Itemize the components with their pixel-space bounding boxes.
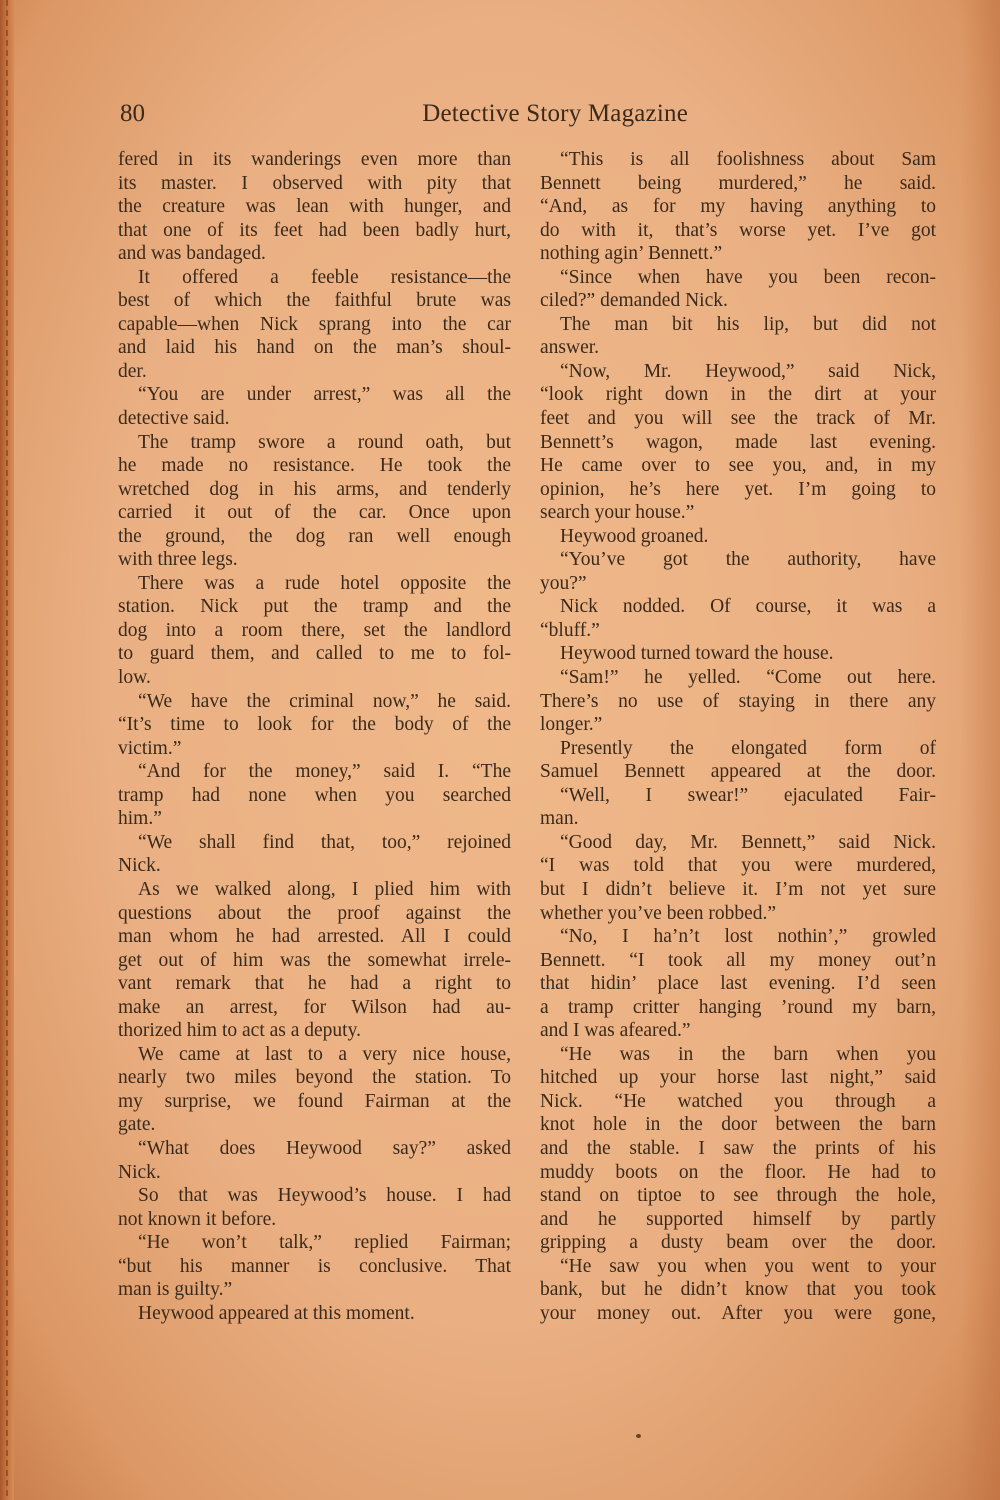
text-column-left: fered in its wanderings even more thanit…: [118, 148, 511, 1325]
page-spine-edge: [0, 0, 14, 1500]
text-line: and laid his hand on the man’s shoul-: [118, 336, 511, 360]
text-line: with three legs.: [118, 548, 511, 572]
text-line: tramp had none when you searched: [118, 784, 511, 808]
text-line: victim.”: [118, 737, 511, 761]
text-line: Nick.: [118, 1161, 511, 1185]
text-line: thorized him to act as a deputy.: [118, 1019, 511, 1043]
text-line: “Good day, Mr. Bennett,” said Nick.: [540, 831, 936, 855]
text-line: that hidin’ place last evening. I’d seen: [540, 972, 936, 996]
text-line: Bennett’s wagon, made last evening.: [540, 431, 936, 455]
text-line: wretched dog in his arms, and tenderly: [118, 478, 511, 502]
text-line: carried it out of the car. Once upon: [118, 501, 511, 525]
text-line: So that was Heywood’s house. I had: [118, 1184, 511, 1208]
text-line: “He won’t talk,” replied Fairman;: [118, 1231, 511, 1255]
text-line: Bennett. “I took all my money out’n: [540, 949, 936, 973]
text-line: get out of him was the somewhat irrele-: [118, 949, 511, 973]
text-line: bank, but he didn’t know that you took: [540, 1278, 936, 1302]
text-line: As we walked along, I plied him with: [118, 878, 511, 902]
text-line: him.”: [118, 807, 511, 831]
text-line: There’s no use of staying in there any: [540, 690, 936, 714]
text-line: not known it before.: [118, 1208, 511, 1232]
text-line: muddy boots on the floor. He had to: [540, 1161, 936, 1185]
text-line: “He was in the barn when you: [540, 1043, 936, 1067]
text-line: “What does Heywood say?” asked: [118, 1137, 511, 1161]
text-line: and was bandaged.: [118, 242, 511, 266]
text-line: “You’ve got the authority, have: [540, 548, 936, 572]
page-header: 80 Detective Story Magazine: [120, 100, 688, 134]
text-line: “He saw you when you went to your: [540, 1255, 936, 1279]
text-line: you?”: [540, 572, 936, 596]
text-line: “We have the criminal now,” he said.: [118, 690, 511, 714]
text-line: and I was afeared.”: [540, 1019, 936, 1043]
text-line: dog into a room there, set the landlord: [118, 619, 511, 643]
text-line: Nick.: [118, 854, 511, 878]
text-line: “Well, I swear!” ejaculated Fair-: [540, 784, 936, 808]
text-line: “No, I ha’n’t lost nothin’,” growled: [540, 925, 936, 949]
text-line: “This is all foolishness about Sam: [540, 148, 936, 172]
text-line: “Since when have you been recon-: [540, 266, 936, 290]
text-line: der.: [118, 360, 511, 384]
text-line: its master. I observed with pity that: [118, 172, 511, 196]
text-line: best of which the faithful brute was: [118, 289, 511, 313]
text-line: Bennett being murdered,” he said.: [540, 172, 936, 196]
text-line: Heywood appeared at this moment.: [118, 1302, 511, 1326]
text-line: vant remark that he had a right to: [118, 972, 511, 996]
text-line: and he supported himself by partly: [540, 1208, 936, 1232]
text-line: There was a rude hotel opposite the: [118, 572, 511, 596]
text-line: “And for the money,” said I. “The: [118, 760, 511, 784]
text-line: nearly two miles beyond the station. To: [118, 1066, 511, 1090]
text-line: “look right down in the dirt at your: [540, 383, 936, 407]
text-line: longer.”: [540, 713, 936, 737]
text-line: my surprise, we found Fairman at the: [118, 1090, 511, 1114]
text-line: do with it, that’s worse yet. I’ve got: [540, 219, 936, 243]
text-line: It offered a feeble resistance—the: [118, 266, 511, 290]
text-line: The tramp swore a round oath, but: [118, 431, 511, 455]
text-line: detective said.: [118, 407, 511, 431]
text-line: your money out. After you were gone,: [540, 1302, 936, 1326]
text-line: Samuel Bennett appeared at the door.: [540, 760, 936, 784]
text-line: Nick nodded. Of course, it was a: [540, 595, 936, 619]
text-line: The man bit his lip, but did not: [540, 313, 936, 337]
text-line: that one of its feet had been badly hurt…: [118, 219, 511, 243]
text-line: but I didn’t believe it. I’m not yet sur…: [540, 878, 936, 902]
text-column-right: “This is all foolishness about SamBennet…: [540, 148, 936, 1325]
text-line: feet and you will see the track of Mr.: [540, 407, 936, 431]
text-line: “Now, Mr. Heywood,” said Nick,: [540, 360, 936, 384]
text-line: gripping a dusty beam over the door.: [540, 1231, 936, 1255]
text-line: Presently the elongated form of: [540, 737, 936, 761]
text-line: the ground, the dog ran well enough: [118, 525, 511, 549]
text-line: a tramp critter hanging ’round my barn,: [540, 996, 936, 1020]
text-line: “And, as for my having anything to: [540, 195, 936, 219]
text-line: gate.: [118, 1113, 511, 1137]
text-line: “We shall find that, too,” rejoined: [118, 831, 511, 855]
page-edge-shadow: [960, 0, 1000, 1500]
text-line: capable—when Nick sprang into the car: [118, 313, 511, 337]
text-line: answer.: [540, 336, 936, 360]
text-line: stand on tiptoe to see through the hole,: [540, 1184, 936, 1208]
page-number: 80: [120, 100, 145, 128]
text-line: knot hole in the door between the barn: [540, 1113, 936, 1137]
text-line: Heywood turned toward the house.: [540, 642, 936, 666]
text-line: he made no resistance. He took the: [118, 454, 511, 478]
text-line: whether you’ve been robbed.”: [540, 902, 936, 926]
text-line: He came over to see you, and, in my: [540, 454, 936, 478]
text-line: Heywood groaned.: [540, 525, 936, 549]
text-line: fered in its wanderings even more than: [118, 148, 511, 172]
text-line: “You are under arrest,” was all the: [118, 383, 511, 407]
text-line: nothing agin’ Bennett.”: [540, 242, 936, 266]
text-line: search your house.”: [540, 501, 936, 525]
text-line: “bluff.”: [540, 619, 936, 643]
text-line: hitched up your horse last night,” said: [540, 1066, 936, 1090]
text-line: Nick. “He watched you through a: [540, 1090, 936, 1114]
text-line: make an arrest, for Wilson had au-: [118, 996, 511, 1020]
text-line: to guard them, and called to me to fol-: [118, 642, 511, 666]
text-line: low.: [118, 666, 511, 690]
text-line: and the stable. I saw the prints of his: [540, 1137, 936, 1161]
text-line: “Sam!” he yelled. “Come out here.: [540, 666, 936, 690]
text-line: man is guilty.”: [118, 1278, 511, 1302]
text-line: questions about the proof against the: [118, 902, 511, 926]
ink-speck: [636, 1434, 641, 1438]
text-line: We came at last to a very nice house,: [118, 1043, 511, 1067]
text-line: man.: [540, 807, 936, 831]
text-line: station. Nick put the tramp and the: [118, 595, 511, 619]
text-line: man whom he had arrested. All I could: [118, 925, 511, 949]
text-line: “I was told that you were murdered,: [540, 854, 936, 878]
text-line: ciled?” demanded Nick.: [540, 289, 936, 313]
running-title: Detective Story Magazine: [422, 100, 688, 128]
text-line: opinion, he’s here yet. I’m going to: [540, 478, 936, 502]
text-line: “It’s time to look for the body of the: [118, 713, 511, 737]
text-line: “but his manner is conclusive. That: [118, 1255, 511, 1279]
text-line: the creature was lean with hunger, and: [118, 195, 511, 219]
